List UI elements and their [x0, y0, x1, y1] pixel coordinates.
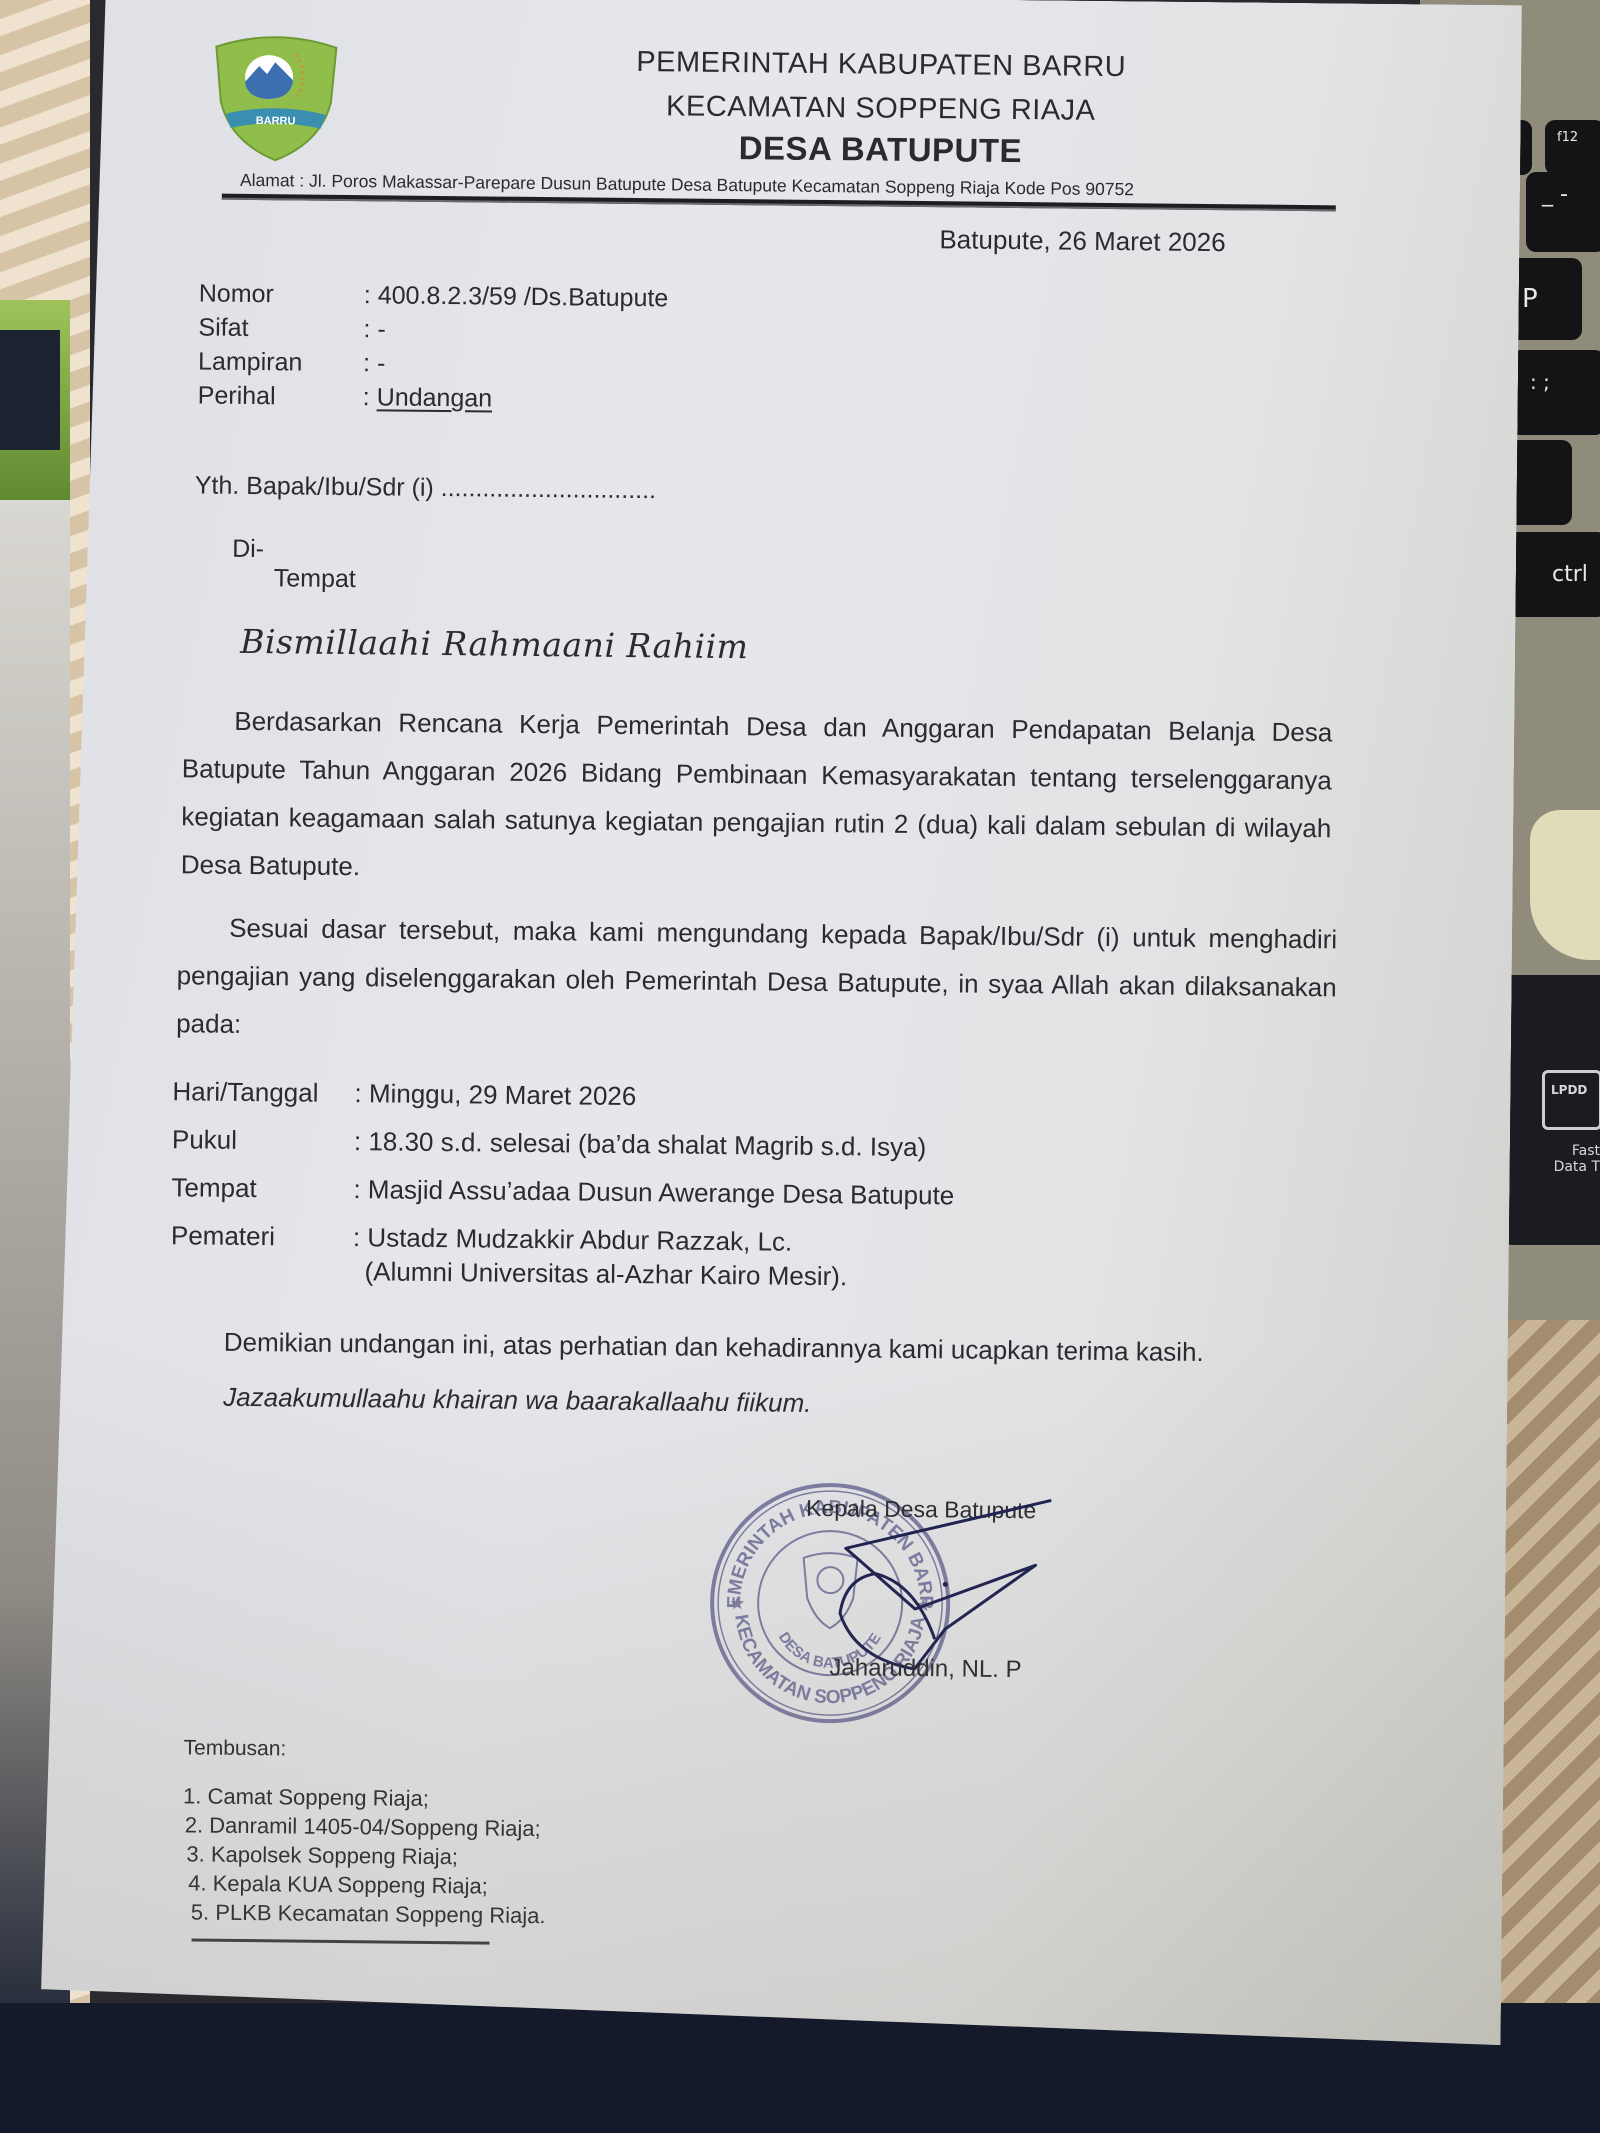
addressee-tempat: Tempat [274, 564, 356, 594]
closing-statement: Demikian undangan ini, atas perhatian da… [224, 1327, 1204, 1368]
closing-prayer: Jazaakumullaahu khairan wa baarakallaahu… [223, 1382, 812, 1419]
sticker-caption: Fast Data T [1540, 1143, 1600, 1175]
meta-separator: : [363, 380, 377, 414]
meta-separator: : [363, 346, 377, 380]
tembusan-item: 3. Kapolsek Soppeng Riaja; [182, 1839, 546, 1872]
tembusan-underline [192, 1938, 490, 1944]
tembusan-title: Tembusan: [183, 1736, 286, 1761]
key-f12: f12 [1545, 120, 1600, 175]
event-details: Hari/Tanggal : Minggu, 29 Maret 2026 Puk… [170, 1076, 955, 1293]
meta-row-perihal: Perihal : Undangan [198, 378, 668, 417]
detail-label: Pukul [172, 1124, 354, 1157]
addressee-line: Yth. Bapak/Ibu/Sdr (i) .................… [195, 471, 657, 505]
lpddr-sticker: LPDD Fast Data T [1500, 975, 1600, 1245]
meta-row-sifat: Sifat : - [198, 310, 668, 349]
letter-metadata: Nomor : 400.8.2.3/59 /Ds.Batupute Sifat … [198, 276, 669, 417]
memory-chip-icon: LPDD [1542, 1070, 1600, 1130]
meta-row-nomor: Nomor : 400.8.2.3/59 /Ds.Batupute [199, 276, 669, 315]
detail-value: : Minggu, 29 Maret 2026 [354, 1078, 636, 1112]
detail-value: : Ustadz Mudzakkir Abdur Razzak, Lc. [353, 1222, 793, 1258]
detail-value: : Masjid Assu’adaa Dusun Awerange Desa B… [353, 1174, 954, 1211]
background-dark-object [0, 330, 60, 450]
meta-value: - [377, 346, 386, 380]
meta-label: Lampiran [198, 344, 363, 380]
tembusan-item: 1. Camat Soppeng Riaja; [183, 1781, 547, 1814]
detail-label: Tempat [171, 1172, 353, 1205]
key-label: _ - [1542, 182, 1568, 207]
detail-row-place: Tempat : Masjid Assu’adaa Dusun Awerange… [171, 1172, 954, 1228]
meta-label: Perihal [198, 378, 363, 414]
key-semicolon: : ; [1510, 350, 1600, 435]
meta-separator: : [363, 312, 377, 346]
meta-value-subject: Undangan [377, 380, 493, 415]
detail-row-time: Pukul : 18.30 s.d. selesai (ba’da shalat… [172, 1124, 955, 1180]
meta-value: - [377, 312, 386, 346]
addressee-di: Di- [232, 535, 264, 564]
detail-value: : 18.30 s.d. selesai (ba’da shalat Magri… [354, 1126, 927, 1163]
body-paragraph-1: Berdasarkan Rencana Kerja Pemerintah Des… [181, 696, 1333, 900]
body-paragraph-2: Sesuai dasar tersebut, maka kami mengund… [176, 903, 1337, 1059]
key-minus: _ - [1526, 172, 1600, 252]
tembusan-item: 5. PLKB Kecamatan Soppeng Riaja. [182, 1897, 546, 1930]
key-label: : ; [1530, 370, 1550, 394]
meta-label: Nomor [199, 276, 364, 312]
key-label: P [1522, 284, 1538, 314]
tembusan-list: 1. Camat Soppeng Riaja; 2. Danramil 1405… [182, 1781, 547, 1930]
svg-text:★: ★ [729, 1593, 745, 1613]
letter-date: Batupute, 26 Maret 2026 [939, 224, 1226, 258]
meta-separator: : [364, 278, 378, 312]
detail-label: Hari/Tanggal [172, 1076, 354, 1109]
key-label: ctrl [1552, 562, 1588, 587]
basmalah-greeting: Bismillaahi Rahmaani Rahiim [240, 622, 749, 666]
meta-value: 400.8.2.3/59 /Ds.Batupute [378, 278, 669, 315]
letterhead-village: DESA BATUPUTE [150, 123, 1390, 174]
key-label: f12 [1557, 130, 1578, 145]
signatory-name: Jaharuddin, NL. P [829, 1654, 1021, 1684]
letterhead: BARRU PEMERINTAH KABUPATEN BARRU KECAMAT… [150, 11, 1392, 214]
tembusan-item: 2. Danramil 1405-04/Soppeng Riaja; [183, 1810, 547, 1843]
detail-row-date: Hari/Tanggal : Minggu, 29 Maret 2026 [172, 1076, 955, 1132]
detail-label: Pemateri [171, 1220, 353, 1253]
invitation-letter: BARRU PEMERINTAH KABUPATEN BARRU KECAMAT… [41, 0, 1522, 2045]
meta-label: Sifat [198, 310, 363, 346]
tembusan-item: 4. Kepala KUA Soppeng Riaja; [182, 1868, 546, 1901]
meta-row-lampiran: Lampiran : - [198, 344, 668, 383]
